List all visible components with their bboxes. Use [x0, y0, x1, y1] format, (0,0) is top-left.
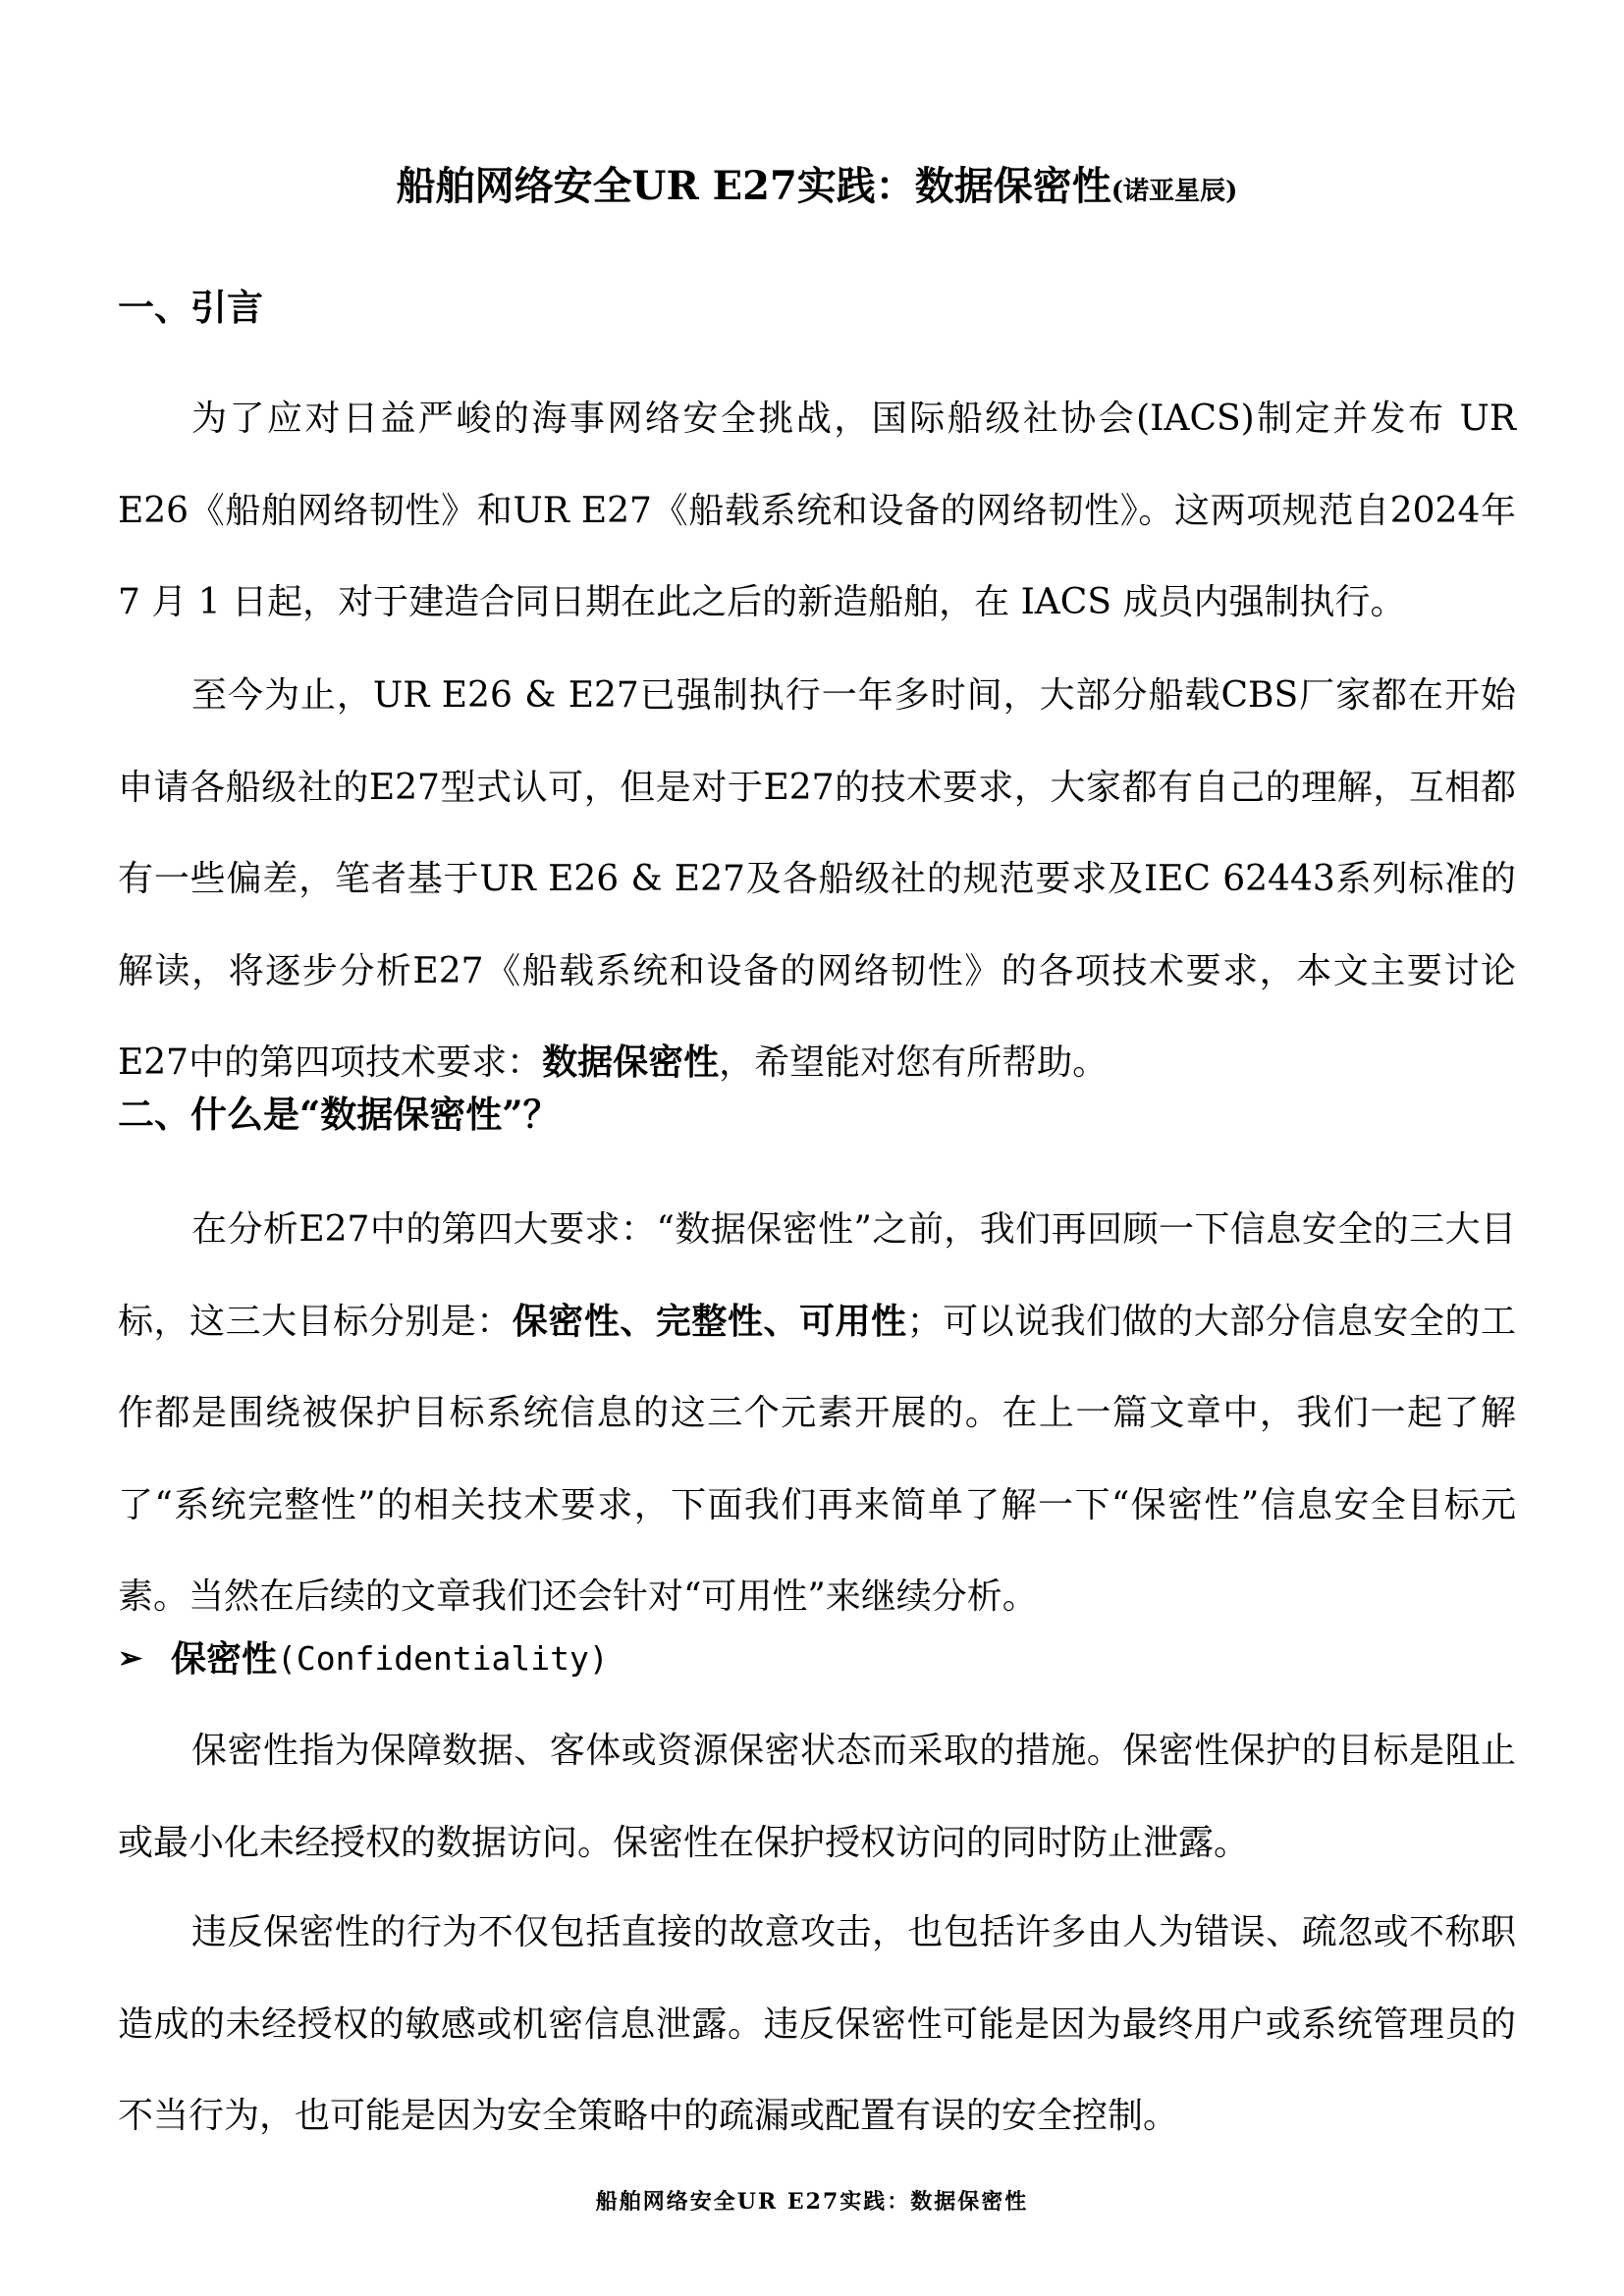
intro-paragraph-1: 为了应对日益严峻的海事网络安全挑战，国际船级社协会(IACS)制定并发布 UR …	[118, 373, 1516, 649]
separator: 、	[763, 1301, 799, 1342]
bullet-confidentiality: ➢ 保密性(Confidentiality)	[118, 1631, 609, 1686]
document-title: 船舶网络安全UR E27实践：数据保密性(诺亚星辰)	[118, 157, 1516, 221]
title-author: (诺亚星辰)	[1111, 177, 1238, 206]
emphasis-availability: 可用性	[799, 1301, 907, 1342]
section-heading-what-is-confidentiality: 二、什么是“数据保密性”？	[118, 1087, 560, 1142]
intro-paragraph-2-text: 至今为止，UR E26 & E27已强制执行一年多时间，大部分船载CBS厂家都在…	[118, 675, 1516, 1083]
confidentiality-violation-paragraph: 违反保密性的行为不仅包括直接的故意攻击，也包括许多由人为错误、疏忽或不称职造成的…	[118, 1887, 1516, 2163]
emphasis-confidentiality: 保密性	[513, 1301, 621, 1342]
arrow-bullet-icon: ➢	[118, 1631, 171, 1686]
emphasis-integrity: 完整性	[656, 1301, 764, 1342]
confidentiality-definition-paragraph: 保密性指为保障数据、客体或资源保密状态而采取的措施。保密性保护的目标是阻止或最小…	[118, 1705, 1516, 1889]
title-main: 船舶网络安全UR E27实践：数据保密性	[397, 163, 1111, 209]
section2-paragraph-1-tail: ；可以说我们做的大部分信息安全的工作都是围绕被保护目标系统信息的这三个元素开展的…	[118, 1302, 1516, 1618]
intro-paragraph-2: 至今为止，UR E26 & E27已强制执行一年多时间，大部分船载CBS厂家都在…	[118, 650, 1516, 1109]
page-footer: 船舶网络安全UR E27实践：数据保密性	[0, 2185, 1624, 2218]
intro-paragraph-2-tail: ，希望能对您有所帮助。	[719, 1042, 1108, 1083]
separator: 、	[620, 1301, 656, 1342]
emphasis-data-confidentiality: 数据保密性	[542, 1041, 719, 1083]
section2-paragraph-1: 在分析E27中的第四大要求：“数据保密性”之前，我们再回顾一下信息安全的三大目标…	[118, 1184, 1516, 1643]
bullet-label-en: (Confidentiality)	[277, 1631, 609, 1686]
section-heading-introduction: 一、引言	[118, 280, 263, 335]
bullet-label-cn: 保密性	[171, 1631, 277, 1686]
